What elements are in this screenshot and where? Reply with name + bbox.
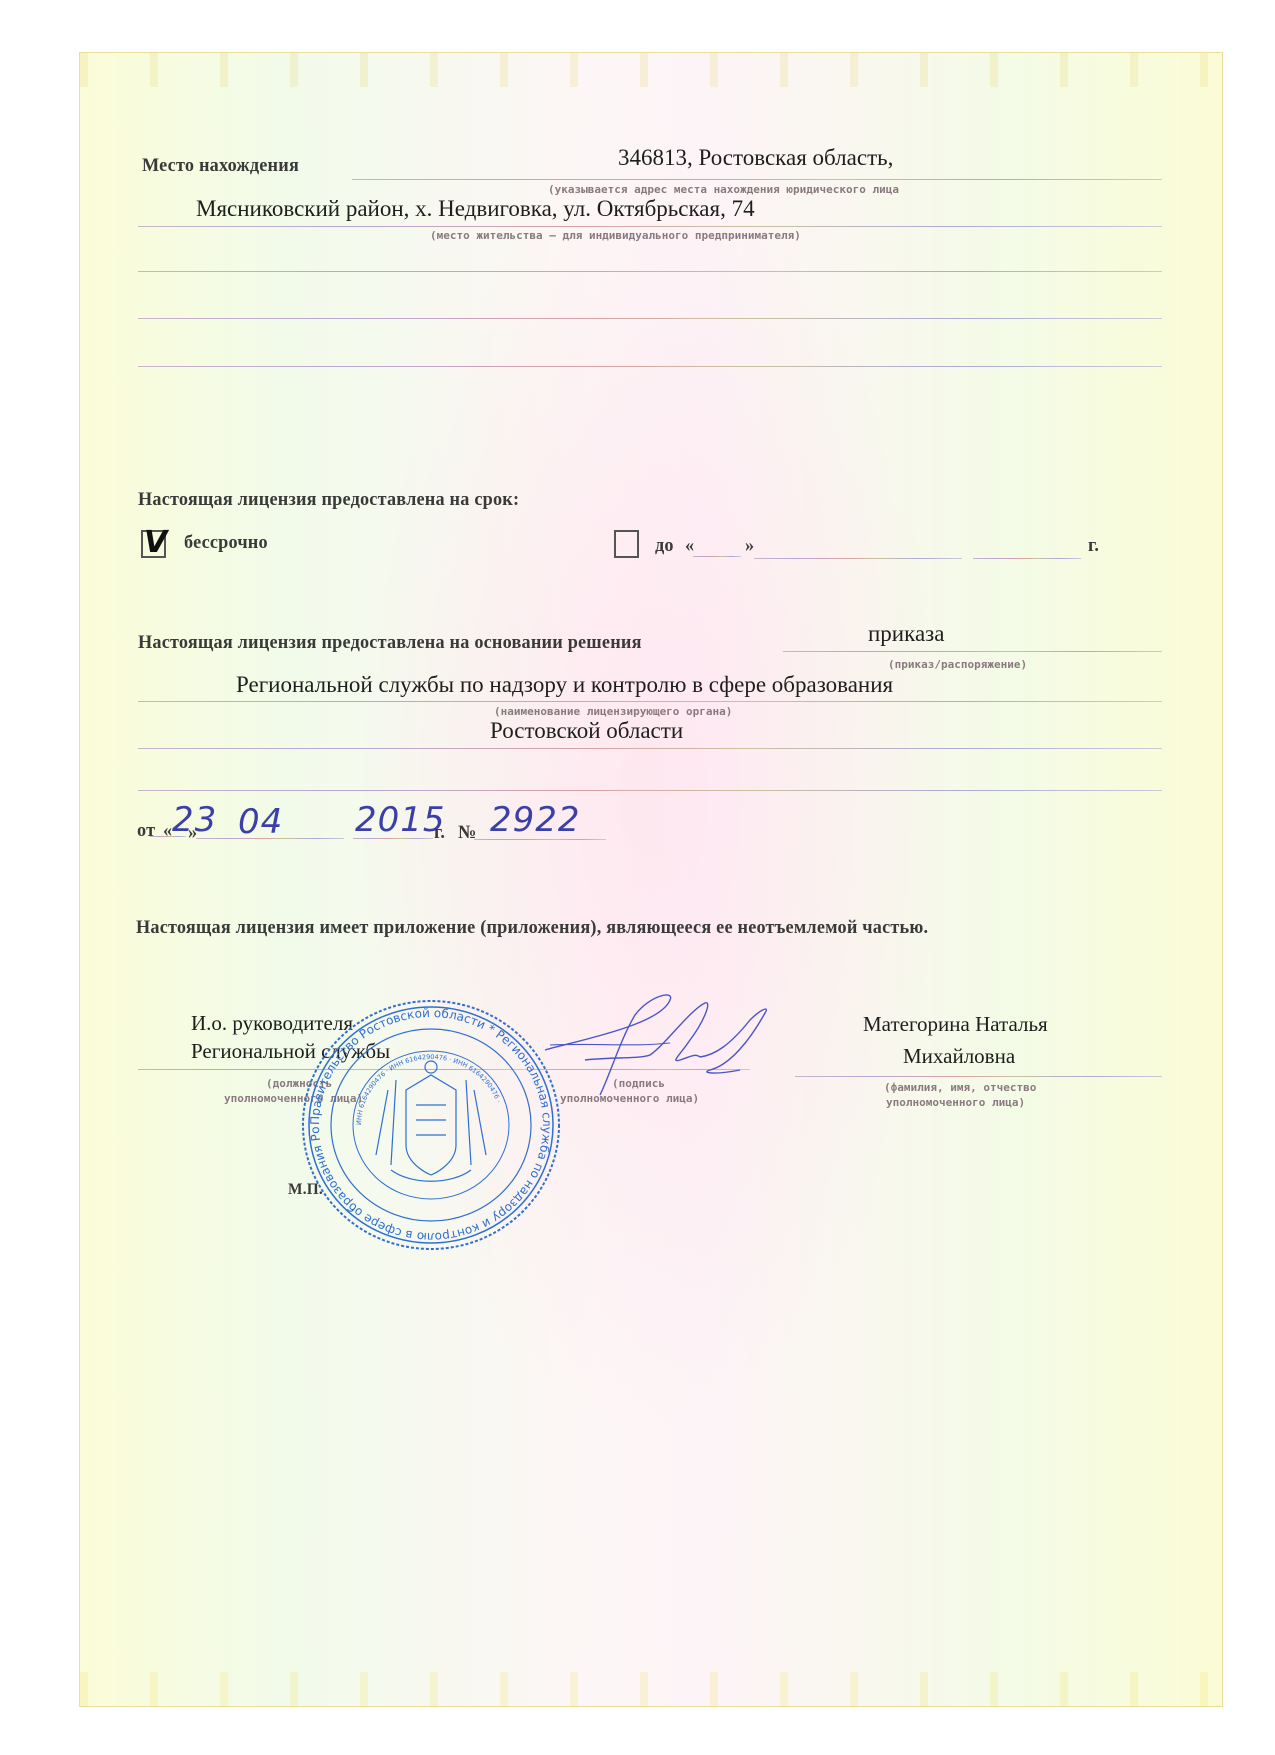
authority-line2: Ростовской области	[490, 718, 683, 744]
option-until-label: до	[655, 535, 674, 557]
location-label: Место нахождения	[142, 155, 299, 177]
location-value-line1: 346813, Ростовская область,	[618, 145, 893, 171]
location-hint-line2: (место жительства – для индивидуального …	[430, 229, 801, 242]
until-close-quote: »	[745, 535, 754, 557]
decision-type-line	[783, 651, 1162, 652]
blank-line-1	[138, 271, 1162, 272]
name-line	[795, 1076, 1162, 1077]
until-day-line	[693, 556, 741, 557]
location-line-2	[138, 226, 1162, 227]
blank-line-2	[138, 318, 1162, 319]
decision-number: 2922	[490, 800, 581, 840]
checkbox-indefinite[interactable]: V	[141, 530, 166, 558]
date-day-line	[150, 836, 186, 837]
number-label: №	[458, 822, 477, 844]
authority-rule-1	[138, 701, 1162, 702]
svg-text:ИНН 6164290476 · ИНН 616429047: ИНН 6164290476 · ИНН 6164290476 · ИНН 61…	[355, 1053, 503, 1125]
checkbox-until[interactable]	[614, 530, 639, 558]
term-label: Настоящая лицензия предоставлена на срок…	[138, 489, 519, 511]
authority-rule-3	[138, 790, 1162, 791]
blank-line-3	[138, 366, 1162, 367]
signatory-name-line2: Михайловна	[903, 1044, 1015, 1069]
basis-label: Настоящая лицензия предоставлена на осно…	[138, 632, 642, 654]
authority-hint: (наименование лицензирующего органа)	[494, 705, 732, 718]
until-year-line	[973, 558, 1081, 559]
date-year-suffix: г.	[434, 822, 445, 844]
signatory-name-line1: Матегорина Наталья	[863, 1012, 1048, 1037]
signature-icon	[540, 985, 780, 1105]
authority-line1: Региональной службы по надзору и контрол…	[236, 672, 893, 698]
date-close-quote: »	[188, 822, 197, 844]
until-open-quote: «	[685, 535, 694, 557]
option-indefinite-label: бессрочно	[184, 532, 268, 554]
official-seal-icon: Правительство Ростовской области * Регио…	[296, 995, 566, 1255]
license-page	[79, 52, 1223, 1707]
decision-month: 04	[238, 802, 283, 842]
decision-year: 2015	[355, 800, 446, 840]
name-hint-2: уполномоченного лица)	[886, 1096, 1025, 1109]
authority-rule-2	[138, 748, 1162, 749]
date-open-quote: «	[163, 820, 172, 842]
date-prefix: от	[137, 820, 155, 842]
name-hint-1: (фамилия, имя, отчество	[884, 1081, 1036, 1094]
until-month-line	[754, 558, 962, 559]
decision-type-hint: (приказ/распоряжение)	[888, 658, 1027, 671]
location-value-line2: Мясниковский район, х. Недвиговка, ул. О…	[196, 196, 755, 222]
appendix-note: Настоящая лицензия имеет приложение (при…	[136, 917, 928, 939]
location-line-1	[352, 179, 1162, 180]
location-hint-line1: (указывается адрес места нахождения юрид…	[548, 183, 899, 196]
until-year-suffix: г.	[1088, 535, 1099, 557]
decision-type-value: приказа	[868, 621, 944, 647]
check-mark-icon: V	[144, 528, 167, 558]
